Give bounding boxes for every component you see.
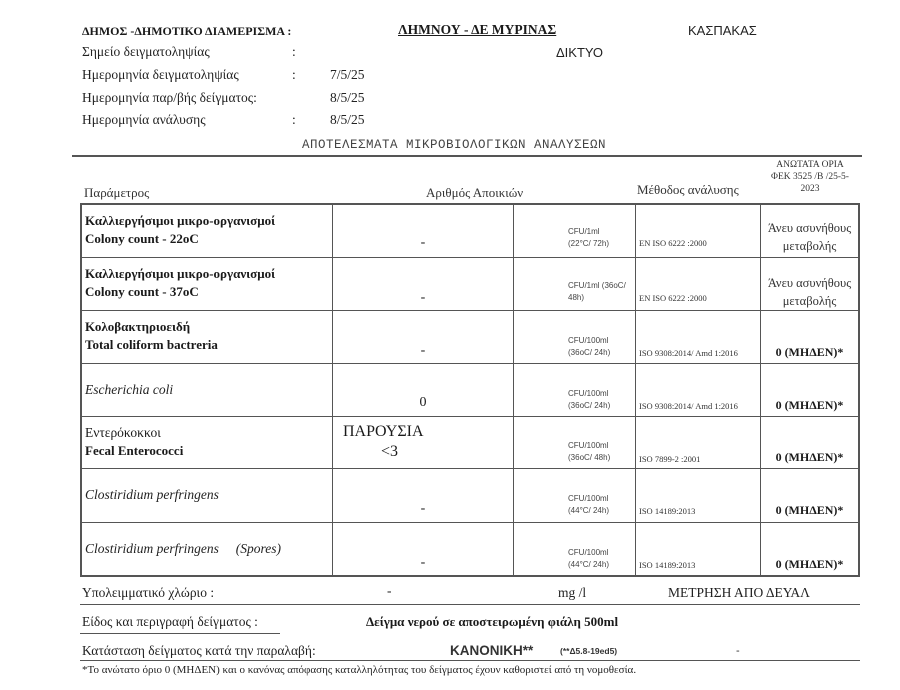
col-header-limits: ΑΝΩΤΑΤΑ ΟΡΙΑ ΦΕΚ 3525 /Β /25-5- 2023: [760, 159, 860, 195]
units: CFU/100ml: [568, 440, 610, 452]
sampling-date-label: Ημερομηνία δειγματοληψίας: [82, 67, 239, 83]
col-header-method: Μέθοδος ανάλυσης: [637, 182, 739, 198]
sampling-point-label: Σημείο δειγματοληψίας: [82, 44, 210, 60]
param-name-suffix: (Spores): [236, 541, 281, 556]
incubation: (44°C/ 24h): [568, 505, 609, 517]
units: CFU/100ml: [568, 547, 609, 559]
param-name-gr: Καλλιεργήσιμοι μικρο-οργανισμοί: [85, 266, 332, 282]
analysis-method: ISO 14189:2013: [639, 506, 695, 516]
param-name-en: Colony count - 37oC: [85, 284, 332, 300]
sample-condition-dash: -: [736, 645, 740, 657]
chlorine-underline: [80, 604, 860, 605]
param-name-gr: Καλλιεργήσιμοι μικρο-οργανισμοί: [85, 213, 332, 229]
table-row: ΕντερόκοκκοιFecal Enterococci ΠΑΡΟΥΣΙΑ <…: [81, 416, 859, 468]
incubation: (36oC/ 24h): [568, 347, 610, 359]
limit-value: 0 (ΜΗΔΕΝ)*: [761, 557, 858, 572]
colony-count: -: [333, 555, 513, 571]
limit-value: 0 (ΜΗΔΕΝ)*: [761, 503, 858, 518]
chlorine-label: Υπολειμματικό χλώριο :: [82, 585, 214, 601]
sample-desc-underline: [80, 633, 280, 634]
param-name: Escherichia coli: [85, 382, 332, 398]
limit-value: 0 (ΜΗΔΕΝ)*: [761, 398, 858, 413]
param-name-gr: Κολοβακτηριοειδή: [85, 319, 332, 335]
colony-count: -: [333, 235, 513, 251]
analysis-method: ISO 9308:2014/ Amd 1:2016: [639, 348, 738, 358]
param-name-en: Colony count - 22oC: [85, 231, 332, 247]
analysis-method: EN ISO 6222 :2000: [639, 293, 707, 303]
analysis-method: ISO 14189:2013: [639, 560, 695, 570]
colon: :: [292, 44, 296, 60]
colon: :: [292, 112, 296, 128]
table-row: Clostiridium perfringens - CFU/100ml(44°…: [81, 468, 859, 522]
analysis-date-value: 8/5/25: [330, 112, 365, 128]
colony-count: -: [333, 290, 513, 306]
table-row: Clostiridium perfringens (Spores) - CFU/…: [81, 522, 859, 576]
table-row: Escherichia coli 0 CFU/100ml(36oC/ 24h) …: [81, 363, 859, 416]
units: CFU/1ml (36oC/: [568, 280, 626, 292]
units: CFU/100ml: [568, 388, 610, 400]
analysis-date-label: Ημερομηνία ανάλυσης: [82, 112, 206, 128]
table-row: Καλλιεργήσιμοι μικρο-οργανισμοίColony co…: [81, 257, 859, 310]
param-name-main: Clostiridium perfringens: [85, 541, 219, 556]
district-value: ΚΑΣΠΑΚΑΣ: [688, 23, 757, 38]
incubation: (44°C/ 24h): [568, 559, 609, 571]
limits-title: ΑΝΩΤΑΤΑ ΟΡΙΑ: [760, 159, 860, 171]
units: CFU/100ml: [568, 335, 610, 347]
units: CFU/100ml: [568, 493, 609, 505]
limits-ref: ΦΕΚ 3525 /Β /25-5-: [760, 171, 860, 183]
results-title: ΑΠΟΤΕΛΕΣΜΑΤΑ ΜΙΚΡΟΒΙΟΛΟΓΙΚΩΝ ΑΝΑΛΥΣΕΩΝ: [302, 138, 606, 152]
sample-condition-underline: [80, 660, 860, 661]
sampling-point-value: ΔΙΚΤΥΟ: [556, 45, 603, 60]
limits-year: 2023: [760, 183, 860, 195]
sample-condition-ref: (**Δ5.8-19ed5): [560, 646, 617, 656]
limit-value: Άνευ ασυνήθους: [761, 274, 858, 292]
sampling-date-value: 7/5/25: [330, 67, 365, 83]
analysis-method: EN ISO 6222 :2000: [639, 238, 707, 248]
table-row: Καλλιεργήσιμοι μικρο-οργανισμοίColony co…: [81, 204, 859, 257]
analysis-method: ISO 9308:2014/ Amd 1:2016: [639, 401, 738, 411]
sample-desc-value: Δείγμα νερού σε αποστειρωμένη φιάλη 500m…: [366, 614, 618, 630]
results-table: Καλλιεργήσιμοι μικρο-οργανισμοίColony co…: [80, 203, 860, 577]
sample-condition-value: ΚΑΝΟΝΙΚΗ**: [450, 643, 533, 658]
param-name: Clostiridium perfringens: [85, 487, 332, 503]
chlorine-value: -: [387, 583, 392, 599]
legal-note: *Το ανώτατο όριο 0 (ΜΗΔΕΝ) και ο κανόνας…: [82, 664, 636, 676]
municipality-label: ΔΗΜΟΣ -ΔΗΜΟΤΙΚΟ ΔΙΑΜΕΡΙΣΜΑ :: [82, 24, 291, 39]
incubation: (22°C/ 72h): [568, 238, 609, 250]
section-divider: [72, 155, 862, 157]
limit-value: Άνευ ασυνήθους: [761, 219, 858, 237]
limit-value: 0 (ΜΗΔΕΝ)*: [761, 450, 858, 465]
param-name: Clostiridium perfringens (Spores): [85, 541, 332, 557]
chlorine-note: ΜΕΤΡΗΣΗ ΑΠΟ ΔΕΥΑΛ: [668, 585, 810, 601]
units: CFU/1ml: [568, 226, 609, 238]
colony-count: 0: [333, 395, 513, 411]
receipt-date-label: Ημερομηνία παρ/βής δείγματος:: [82, 90, 257, 106]
col-header-count: Αριθμός Αποικιών: [426, 185, 523, 201]
limit-value-2: μεταβολής: [761, 292, 858, 310]
limit-value-2: μεταβολής: [761, 237, 858, 255]
incubation: 48h): [568, 292, 626, 304]
analysis-method: ISO 7899-2 :2001: [639, 454, 700, 464]
param-name-gr: Εντερόκοκκοι: [85, 425, 332, 441]
incubation: (36oC/ 24h): [568, 400, 610, 412]
sample-desc-label: Είδος και περιγραφή δείγματος :: [82, 614, 258, 630]
sample-condition-label: Κατάσταση δείγματος κατά την παραλαβή:: [82, 643, 316, 659]
colony-count: -: [333, 343, 513, 359]
receipt-date-value: 8/5/25: [330, 90, 365, 106]
colony-count: -: [333, 501, 513, 517]
table-row: ΚολοβακτηριοειδήTotal coliform bactreria…: [81, 310, 859, 363]
colony-count: <3: [381, 443, 398, 461]
param-name-en: Total coliform bactreria: [85, 337, 332, 353]
chlorine-unit: mg /l: [558, 585, 586, 601]
param-name-en: Fecal Enterococci: [85, 443, 332, 459]
municipality-value: ΛΗΜΝΟΥ - ΔΕ ΜΥΡΙΝΑΣ: [398, 22, 556, 38]
incubation: (36oC/ 48h): [568, 452, 610, 464]
limit-value: 0 (ΜΗΔΕΝ)*: [761, 345, 858, 360]
col-header-parameter: Παράμετρος: [84, 185, 149, 201]
colon: :: [292, 67, 296, 83]
presence-indicator: ΠΑΡΟΥΣΙΑ: [343, 423, 424, 441]
